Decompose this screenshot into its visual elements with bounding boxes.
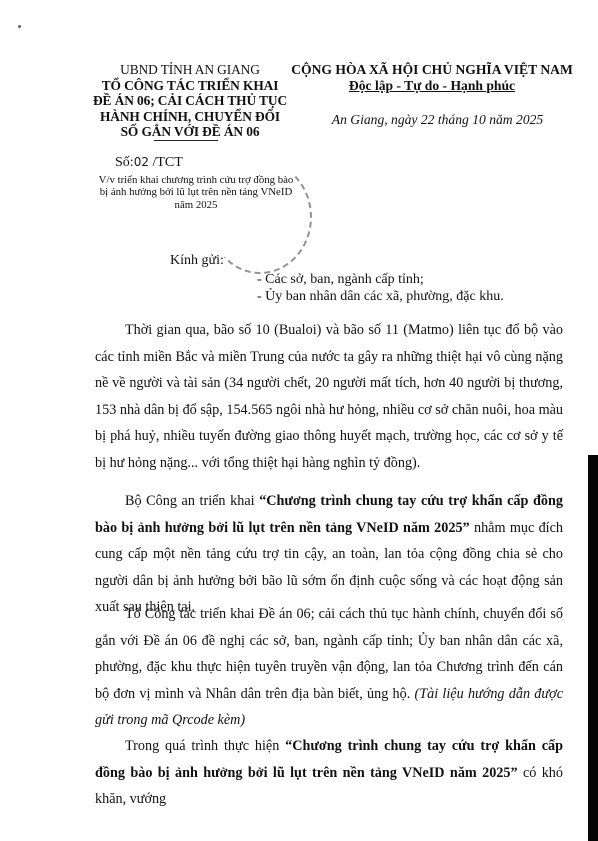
place-date: An Giang, ngày 22 tháng 10 năm 2025: [300, 112, 575, 128]
paragraph-text: Thời gian qua, bão số 10 (Bualoi) và bão…: [95, 317, 563, 477]
province-committee: UBND TỈNH AN GIANG: [92, 62, 288, 78]
agency-underline: [154, 140, 218, 141]
document-number-value: 02: [134, 155, 149, 169]
body-paragraph-3: Tổ Công tác triển khai Đề án 06; cải các…: [95, 601, 563, 734]
body-paragraph-4: Trong quá trình thực hiện “Chương trình …: [95, 733, 563, 813]
issuing-agency-header: UBND TỈNH AN GIANG TỔ CÔNG TÁC TRIỂN KHA…: [92, 62, 288, 140]
recipients-label: Kính gửi:: [170, 253, 224, 269]
paragraph-text: Trong quá trình thực hiện: [125, 738, 285, 754]
recipient-item: - Ủy ban nhân dân các xã, phường, đặc kh…: [257, 289, 504, 306]
recipient-item: - Các sở, ban, ngành cấp tỉnh;: [257, 272, 504, 289]
agency-name-line-4: SỐ GẮN VỚI ĐỀ ÁN 06: [92, 124, 288, 140]
document-number: Số:02 /TCT: [115, 155, 183, 171]
agency-name-line-2: ĐỀ ÁN 06; CẢI CÁCH THỦ TỤC: [92, 93, 288, 109]
nation-title: CỘNG HÒA XÃ HỘI CHỦ NGHĨA VIỆT NAM: [286, 62, 578, 78]
scan-speck: [18, 25, 21, 28]
paragraph-text: Bộ Công an triển khai: [125, 493, 259, 509]
agency-name-line-1: TỔ CÔNG TÁC TRIỂN KHAI: [92, 78, 288, 94]
national-header: CỘNG HÒA XÃ HỘI CHỦ NGHĨA VIỆT NAM Độc l…: [286, 62, 578, 94]
national-motto: Độc lập - Tự do - Hạnh phúc: [349, 78, 515, 94]
document-number-suffix: /TCT: [149, 155, 183, 170]
body-paragraph-1: Thời gian qua, bão số 10 (Bualoi) và bão…: [95, 317, 563, 477]
document-number-prefix: Số:: [115, 155, 134, 170]
scan-edge-shadow: [588, 455, 598, 841]
agency-name-line-3: HÀNH CHÍNH, CHUYỂN ĐỔI: [92, 109, 288, 125]
recipients-list: - Các sở, ban, ngành cấp tỉnh; - Ủy ban …: [257, 272, 504, 305]
